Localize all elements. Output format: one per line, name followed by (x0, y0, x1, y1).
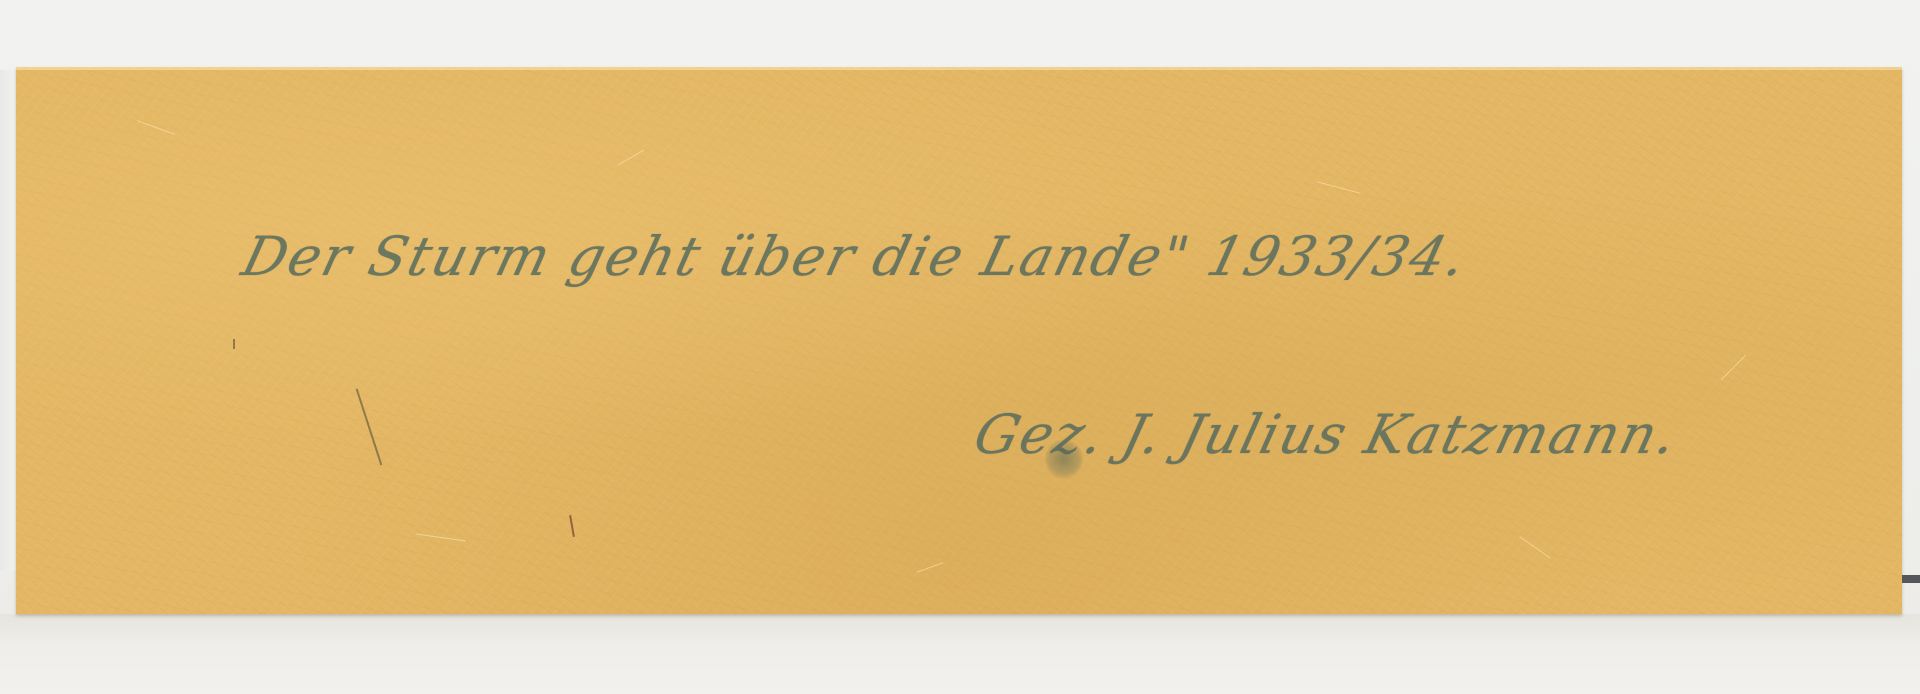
stray-pencil-mark (233, 339, 235, 349)
paper-fiber (1721, 355, 1746, 380)
fiberboard-label: Der Sturm geht über die Lande" 1933/34. … (16, 67, 1902, 614)
stray-pencil-mark (356, 389, 383, 466)
paper-fiber (416, 534, 466, 542)
paper-fiber (1519, 536, 1551, 559)
tabletop-surface (0, 614, 1920, 694)
ink-smudge (1045, 439, 1083, 479)
paper-fiber (1317, 181, 1361, 194)
stray-pencil-mark (569, 515, 575, 537)
left-backdrop-shadow (0, 70, 16, 570)
paper-fiber (137, 120, 175, 135)
paper-fiber (917, 562, 944, 573)
metal-clip (1902, 575, 1920, 583)
board-top-edge (16, 67, 1902, 70)
handwritten-title: Der Sturm geht über die Lande" 1933/34. (236, 225, 1474, 288)
paper-fiber (618, 150, 644, 166)
